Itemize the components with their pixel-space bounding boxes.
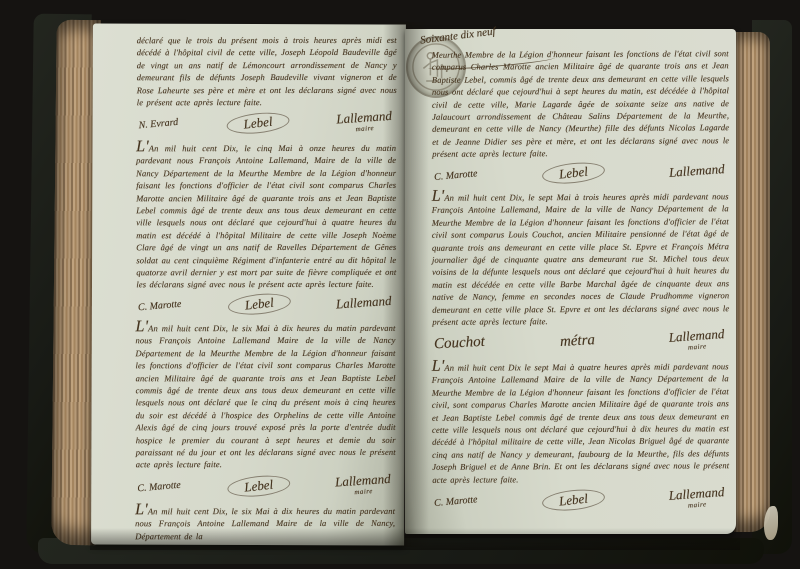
right-page-content: Soixante dix neuf Meurthe Membre de la L… — [432, 34, 729, 518]
signature: Lallemandmaire — [669, 484, 726, 511]
death-act: L'An mil huit cent Dix, le six Mai à dix… — [135, 321, 395, 471]
signature: Lallemand — [669, 161, 726, 181]
left-page: déclaré que le trois du présent mois à t… — [91, 23, 406, 545]
signature: Lallemandmaire — [335, 471, 392, 498]
signature: N. Evrard — [138, 117, 178, 131]
death-act: L'An mil huit cent Dix, le sept Mai à tr… — [432, 189, 730, 328]
folio-number-note: Soixante dix neuf — [420, 25, 497, 46]
death-act: L'An mil huit cent Dix le sept Mai à qua… — [432, 359, 730, 486]
signature: C. Marotte — [434, 167, 478, 182]
signature-row: C. Marotte Lebel Lallemandmaire — [137, 472, 391, 499]
death-act-continuation: déclaré que le trois du présent mois à t… — [137, 34, 397, 109]
photo-background: déclaré que le trois du présent mois à t… — [0, 0, 800, 569]
signature: métra — [559, 332, 595, 351]
signature-row: Couchot métra Lallemandmaire — [434, 328, 725, 356]
signature: Lebel — [225, 110, 290, 136]
signature: Lebel — [227, 291, 292, 317]
signature: C. Marotte — [137, 480, 181, 495]
signature-row: C. Marotte Lebel Lallemand — [138, 293, 392, 317]
signature: C. Marotte — [434, 494, 478, 509]
signature: Lebel — [541, 160, 606, 186]
death-act-continuation: Meurthe Membre de la Légion d'honneur fa… — [432, 47, 730, 160]
death-act-partial: L'An mil huit cent Dix, le six Mai à dix… — [135, 504, 395, 543]
signature: C. Marotte — [138, 299, 182, 314]
cover-corner-tear — [764, 506, 778, 540]
signature-row: C. Marotte Lebel Lallemand — [434, 160, 725, 185]
signature-row: C. Marotte Lebel Lallemandmaire — [434, 486, 725, 514]
signature: Lebel — [226, 473, 291, 499]
signature: Lallemand — [336, 293, 393, 313]
page-stack-edges-right — [734, 32, 770, 532]
signature: Couchot — [434, 334, 486, 354]
right-page: Soixante dix neuf Meurthe Membre de la L… — [405, 29, 736, 534]
signature: Lebel — [541, 487, 606, 513]
signature: Lallemandmaire — [336, 108, 393, 135]
death-act: L'An mil huit cent Dix, le cinq Mai à on… — [136, 141, 396, 291]
signature-row: N. Evrard Lebel Lallemandmaire — [138, 110, 392, 137]
left-page-content: déclaré que le trois du présent mois à t… — [135, 34, 397, 543]
signature: Lallemandmaire — [669, 326, 726, 353]
